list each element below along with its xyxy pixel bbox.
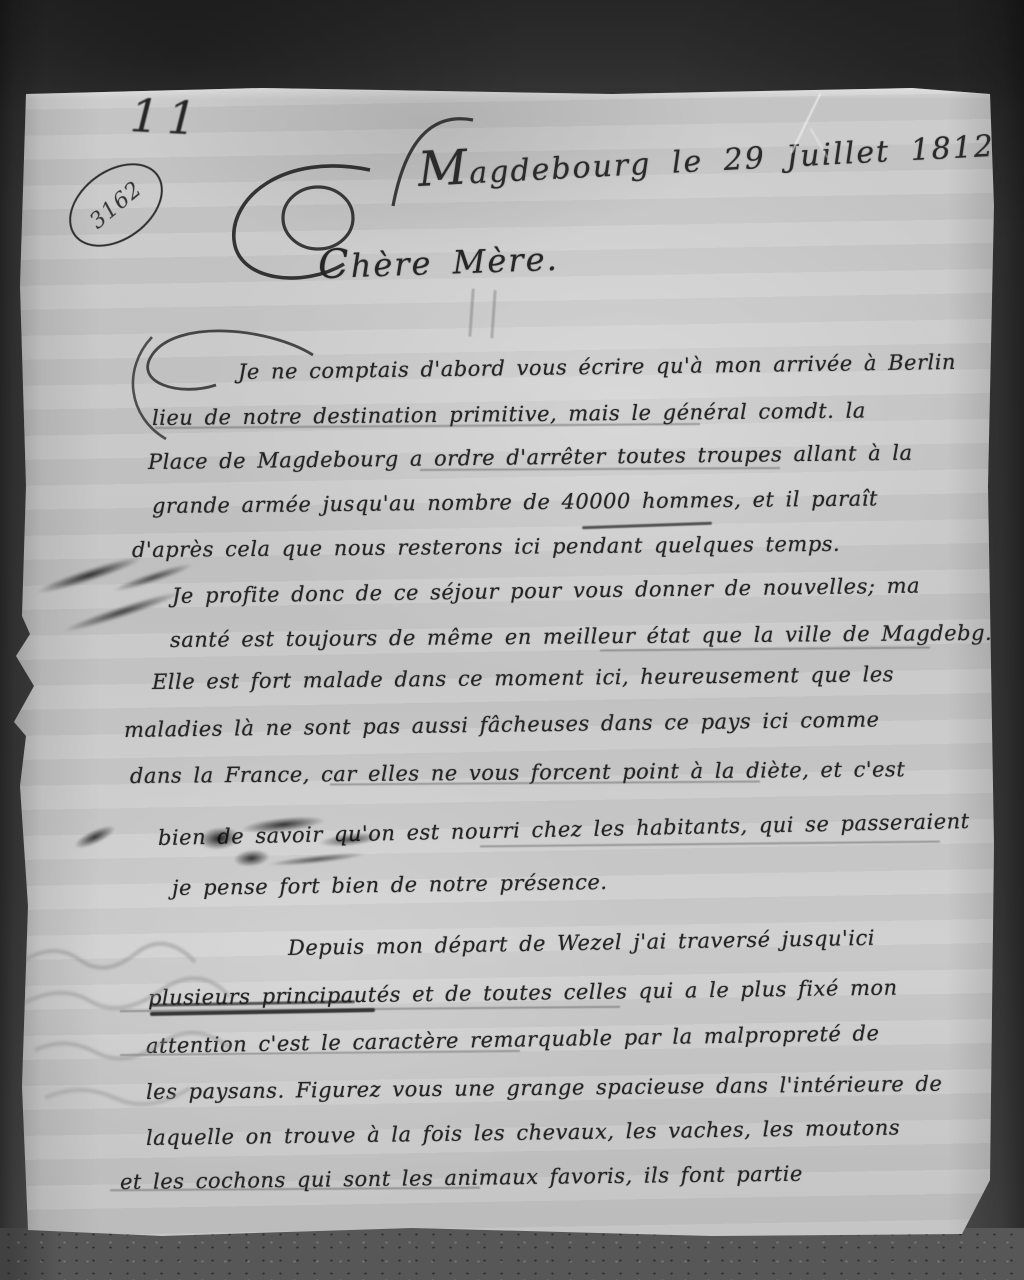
faint-pencil-marks bbox=[468, 289, 511, 340]
registry-stamp-oval: 3162 bbox=[53, 146, 178, 264]
letter-line: Elle est fort malade dans ce moment ici,… bbox=[152, 664, 894, 693]
registry-stamp-number: 3162 bbox=[85, 176, 147, 234]
letter-line: Je profite donc de ce séjour pour vous d… bbox=[172, 576, 920, 607]
letter-line: grande armée jusqu'au nombre de 40000 ho… bbox=[152, 488, 878, 517]
letter-page: 11 3162 Magdebourg le 29 Juillet 1812. C… bbox=[12, 86, 996, 1238]
salutation: Chère Mère. bbox=[317, 234, 559, 288]
ink-blot-small bbox=[49, 800, 141, 875]
letter-line: Depuis mon départ de Wezel j'ai traversé… bbox=[288, 928, 875, 959]
paragraph-swash-flourish bbox=[118, 325, 318, 451]
letter-line: Je ne comptais d'abord vous écrire qu'à … bbox=[238, 352, 956, 383]
corner-mark: 11 bbox=[129, 88, 206, 146]
show-through-writing bbox=[15, 930, 275, 1140]
underline-mark bbox=[582, 522, 712, 530]
letter-line: maladies là ne sont pas aussi fâcheuses … bbox=[124, 709, 880, 741]
scanned-letter-photo: { "letter": { "registry_stamp": "3162", … bbox=[0, 0, 1024, 1280]
table-surface bbox=[0, 1228, 1024, 1280]
dateline: Magdebourg le 29 Juillet 1812. bbox=[417, 111, 1008, 198]
